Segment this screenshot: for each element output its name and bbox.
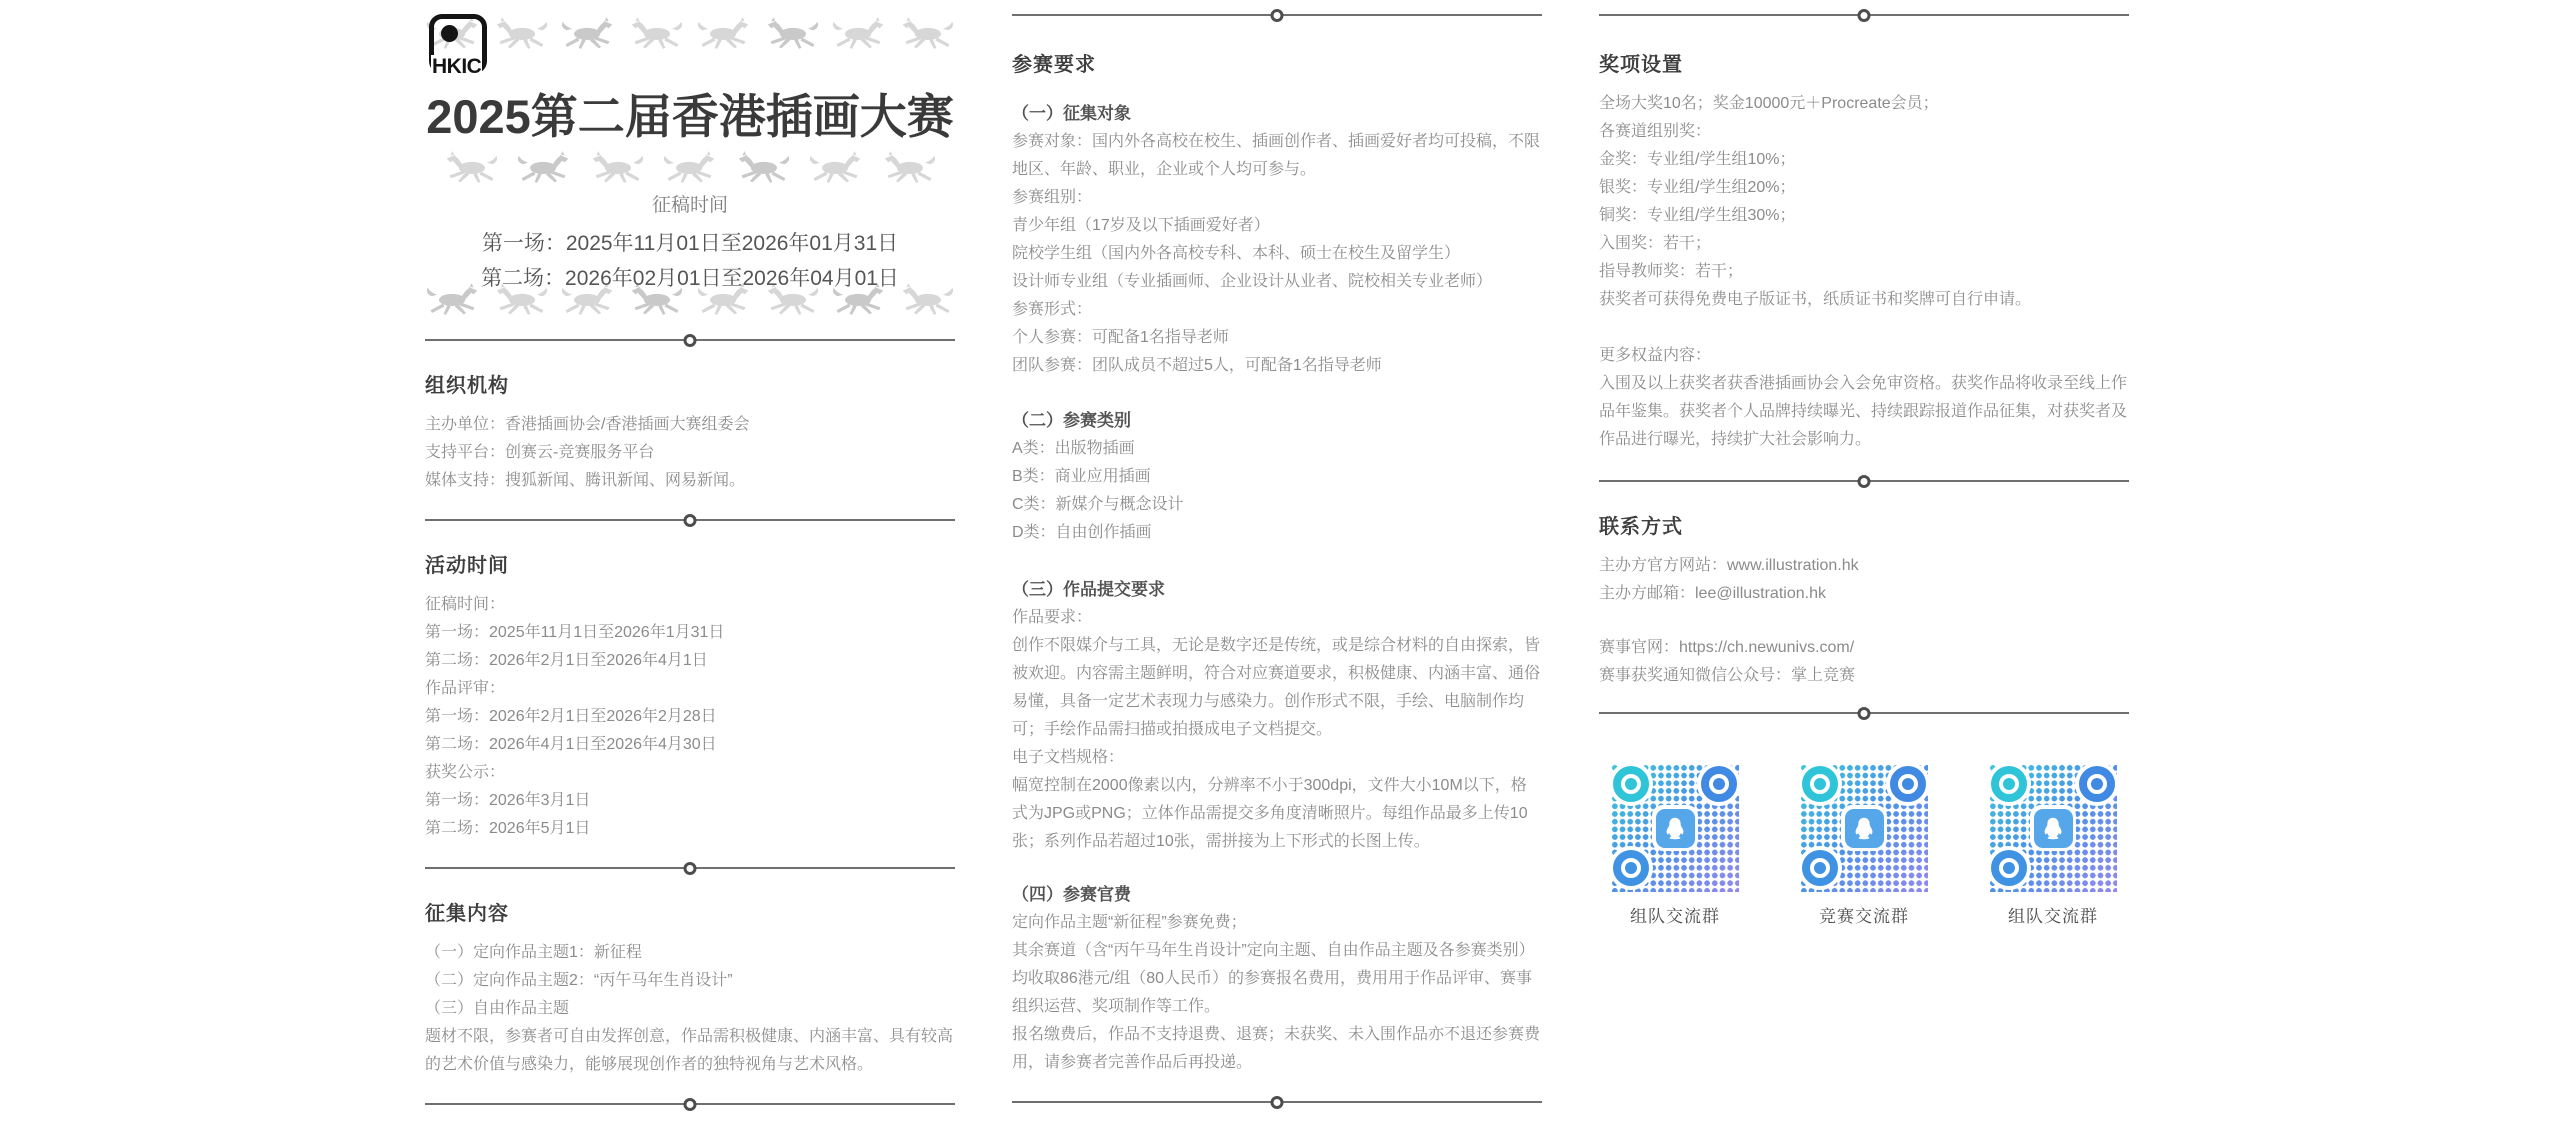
- columns: HKIC 2025第二届香港插画大赛 征稿时间 第一场：2025年11月01日至…: [425, 0, 2129, 1111]
- benefits-paragraph: 入围及以上获奖者获香港插画协会入会免审资格。获奖作品将收录至线上作品年鉴集。获奖…: [1599, 370, 2129, 454]
- qr-finder-icon: [1802, 850, 1838, 886]
- horse-icon: [696, 16, 752, 50]
- qr-finder-icon: [1613, 766, 1649, 802]
- eligibility-line: 团队参赛：团队成员不超过5人，可配备1名指导老师: [1012, 352, 1542, 380]
- eligibility-line: 参赛组别：: [1012, 184, 1542, 212]
- section-heading: 征集内容: [425, 897, 955, 926]
- qr-finder-icon: [1701, 766, 1737, 802]
- section-heading: 参赛要求: [1012, 48, 1542, 77]
- spec-label: 电子文档规格：: [1012, 744, 1542, 772]
- qr-code: 组队交流群: [1605, 762, 1745, 927]
- qr-finder-icon: [2079, 766, 2115, 802]
- submission-paragraph: 创作不限媒介与工具，无论是数字还是传统，或是综合材料的自由探索，皆被欢迎。内容需…: [1012, 632, 1542, 744]
- qr-finder-icon: [1991, 850, 2027, 886]
- horse-icon: [735, 150, 791, 184]
- submission-period-label: 征稿时间: [425, 190, 955, 217]
- section-divider: [425, 861, 955, 875]
- category-line: A类：出版物插画: [1012, 435, 1542, 463]
- schedule-line: 第二场：2026年4月1日至2026年4月30日: [425, 731, 955, 759]
- schedule-line: 征稿时间：: [425, 591, 955, 619]
- qq-penguin-icon: [2034, 809, 2073, 848]
- subsection-submission: （三）作品提交要求 作品要求： 创作不限媒介与工具，无论是数字还是传统，或是综合…: [1012, 575, 1542, 856]
- qr-finder-icon: [1890, 766, 1926, 802]
- eligibility-paragraph: 参赛对象：国内外各高校在校生、插画创作者、插画爱好者均可投稿，不限地区、年龄、职…: [1012, 128, 1542, 184]
- org-line: 媒体支持：搜狐新闻、腾讯新闻、网易新闻。: [425, 467, 955, 495]
- award-line: 铜奖：专业组/学生组30%；: [1599, 202, 2129, 230]
- round2-dates: 第二场：2026年02月01日至2026年04月01日: [425, 262, 955, 292]
- qq-logo-frame: [2030, 805, 2076, 851]
- eligibility-line: 院校学生组（国内外各高校专科、本科、硕士在校生及留学生）: [1012, 240, 1542, 268]
- category-line: B类：商业应用插画: [1012, 463, 1542, 491]
- left-column: HKIC 2025第二届香港插画大赛 征稿时间 第一场：2025年11月01日至…: [425, 0, 955, 1111]
- qr-code: 竞赛交流群: [1794, 762, 1934, 927]
- divider-dot: [1858, 475, 1871, 488]
- right-column: 奖项设置 全场大奖10名；奖金10000元＋Procreate会员； 各赛道组别…: [1599, 0, 2129, 1111]
- qr-code-row: 组队交流群 竞赛交流群: [1599, 762, 2129, 927]
- qr-label: 组队交流群: [1983, 902, 2123, 927]
- section-organization: 组织机构 主办单位：香港插画协会/香港插画大赛组委会 支持平台：创赛云-竞赛服务…: [425, 369, 955, 495]
- award-line: 金奖：专业组/学生组10%；: [1599, 146, 2129, 174]
- horse-icon: [589, 150, 645, 184]
- fees-paragraph: 其余赛道（含“丙午马年生肖设计”定向主题、自由作品主题及各参赛类别）均收取86港…: [1012, 937, 1542, 1021]
- schedule-line: 第一场：2026年2月1日至2026年2月28日: [425, 703, 955, 731]
- horse-icon: [899, 16, 955, 50]
- content-line: （一）定向作品主题1：新征程: [425, 939, 955, 967]
- qr-image: [1798, 762, 1930, 894]
- horse-icon: [662, 150, 718, 184]
- qq-logo-frame: [1841, 805, 1887, 851]
- horse-pattern-row: [425, 16, 955, 50]
- contact-event-site: 赛事官网：https://ch.newunivs.com/: [1599, 634, 2129, 662]
- middle-column: 参赛要求 （一）征集对象 参赛对象：国内外各高校在校生、插画创作者、插画爱好者均…: [1012, 0, 1542, 1111]
- poster-title: 2025第二届香港插画大赛: [425, 80, 955, 147]
- content-line: （二）定向作品主题2：“丙午马年生肖设计”: [425, 967, 955, 995]
- award-line: 获奖者可获得免费电子版证书，纸质证书和奖牌可自行申请。: [1599, 286, 2129, 314]
- qr-label: 组队交流群: [1605, 902, 1745, 927]
- eligibility-line: 青少年组（17岁及以下插画爱好者）: [1012, 212, 1542, 240]
- eligibility-line: 参赛形式：: [1012, 296, 1542, 324]
- spec-paragraph: 幅宽控制在2000像素以内，分辨率不小于300dpi，文件大小10M以下，格式为…: [1012, 772, 1542, 856]
- fees-line: 定向作品主题“新征程”参赛免费；: [1012, 909, 1542, 937]
- section-divider: [1012, 8, 1542, 22]
- section-divider: [1599, 8, 2129, 22]
- qr-code: 组队交流群: [1983, 762, 2123, 927]
- award-line: 各赛道组别奖：: [1599, 118, 2129, 146]
- section-divider: [425, 333, 955, 347]
- qq-logo-frame: [1652, 805, 1698, 851]
- contact-website: 主办方官方网站：www.illustration.hk: [1599, 552, 2129, 580]
- content-line: （三）自由作品主题: [425, 995, 955, 1023]
- divider-dot: [1858, 707, 1871, 720]
- award-line: 指导教师奖：若干；: [1599, 258, 2129, 286]
- horse-pattern-row: [425, 150, 955, 184]
- logo-dot-icon: [441, 25, 458, 42]
- schedule-line: 第二场：2026年2月1日至2026年4月1日: [425, 647, 955, 675]
- qr-image: [1987, 762, 2119, 894]
- horse-icon: [516, 150, 572, 184]
- section-contact: 联系方式 主办方官方网站：www.illustration.hk 主办方邮箱：l…: [1599, 510, 2129, 690]
- poster-header: HKIC 2025第二届香港插画大赛 征稿时间 第一场：2025年11月01日至…: [425, 0, 955, 333]
- content-paragraph: 题材不限，参赛者可自由发挥创意，作品需积极健康、内涵丰富、具有较高的艺术价值与感…: [425, 1023, 955, 1079]
- horse-icon: [881, 150, 937, 184]
- round1-dates: 第一场：2025年11月01日至2026年01月31日: [425, 227, 955, 257]
- divider-dot: [1858, 9, 1871, 22]
- section-schedule: 活动时间 征稿时间： 第一场：2025年11月1日至2026年1月31日 第二场…: [425, 549, 955, 843]
- logo-text: HKIC: [431, 55, 482, 78]
- subsection-heading: （三）作品提交要求: [1012, 575, 1542, 600]
- section-divider: [1599, 474, 2129, 488]
- contact-wechat: 赛事获奖通知微信公众号：掌上竞赛: [1599, 662, 2129, 690]
- qr-finder-icon: [1991, 766, 2027, 802]
- org-line: 主办单位：香港插画协会/香港插画大赛组委会: [425, 411, 955, 439]
- divider-dot: [684, 1098, 697, 1111]
- qr-finder-icon: [1613, 850, 1649, 886]
- section-heading: 奖项设置: [1599, 48, 2129, 77]
- subsection-heading: （一）征集对象: [1012, 99, 1542, 124]
- org-line: 支持平台：创赛云-竞赛服务平台: [425, 439, 955, 467]
- divider-dot: [684, 862, 697, 875]
- qr-finder-icon: [1802, 766, 1838, 802]
- schedule-line: 作品评审：: [425, 675, 955, 703]
- horse-icon: [808, 150, 864, 184]
- horse-icon: [764, 16, 820, 50]
- section-awards: 奖项设置 全场大奖10名；奖金10000元＋Procreate会员； 各赛道组别…: [1599, 48, 2129, 454]
- qq-penguin-icon: [1656, 809, 1695, 848]
- horse-icon: [560, 16, 616, 50]
- section-divider: [425, 513, 955, 527]
- award-line: 入围奖：若干；: [1599, 230, 2129, 258]
- subsection-categories: （二）参赛类别 A类：出版物插画 B类：商业应用插画 C类：新媒介与概念设计 D…: [1012, 406, 1542, 547]
- horse-icon: [831, 16, 887, 50]
- section-collection-content: 征集内容 （一）定向作品主题1：新征程 （二）定向作品主题2：“丙午马年生肖设计…: [425, 897, 955, 1079]
- section-divider: [1599, 706, 2129, 720]
- hkic-logo: HKIC: [429, 14, 487, 74]
- horse-icon: [493, 16, 549, 50]
- contact-email: 主办方邮箱：lee@illustration.hk: [1599, 580, 2129, 608]
- horse-icon: [443, 150, 499, 184]
- divider-dot: [684, 334, 697, 347]
- section-heading: 活动时间: [425, 549, 955, 578]
- divider-dot: [684, 514, 697, 527]
- award-line: 银奖：专业组/学生组20%；: [1599, 174, 2129, 202]
- category-line: C类：新媒介与概念设计: [1012, 491, 1542, 519]
- subsection-heading: （二）参赛类别: [1012, 406, 1542, 431]
- category-line: D类：自由创作插画: [1012, 519, 1542, 547]
- award-line: 全场大奖10名；奖金10000元＋Procreate会员；: [1599, 90, 2129, 118]
- divider-dot: [1271, 1096, 1284, 1109]
- section-divider: [425, 1097, 955, 1111]
- divider-dot: [1271, 9, 1284, 22]
- eligibility-line: 个人参赛：可配备1名指导老师: [1012, 324, 1542, 352]
- schedule-line: 第二场：2026年5月1日: [425, 815, 955, 843]
- poster: HKIC 2025第二届香港插画大赛 征稿时间 第一场：2025年11月01日至…: [0, 0, 2560, 1137]
- eligibility-line: 设计师专业组（专业插画师、企业设计从业者、院校相关专业老师）: [1012, 268, 1542, 296]
- section-divider: [1012, 1095, 1542, 1109]
- schedule-line: 第一场：2026年3月1日: [425, 787, 955, 815]
- qq-penguin-icon: [1845, 809, 1884, 848]
- submission-label: 作品要求：: [1012, 604, 1542, 632]
- schedule-line: 获奖公示：: [425, 759, 955, 787]
- qr-label: 竞赛交流群: [1794, 902, 1934, 927]
- subsection-heading: （四）参赛官费: [1012, 880, 1542, 905]
- subsection-fees: （四）参赛官费 定向作品主题“新征程”参赛免费； 其余赛道（含“丙午马年生肖设计…: [1012, 880, 1542, 1077]
- qr-image: [1609, 762, 1741, 894]
- subsection-eligibility: （一）征集对象 参赛对象：国内外各高校在校生、插画创作者、插画爱好者均可投稿，不…: [1012, 99, 1542, 380]
- section-heading: 组织机构: [425, 369, 955, 398]
- schedule-line: 第一场：2025年11月1日至2026年1月31日: [425, 619, 955, 647]
- section-heading: 联系方式: [1599, 510, 2129, 539]
- fees-paragraph: 报名缴费后，作品不支持退费、退赛；未获奖、未入围作品亦不退还参赛费用，请参赛者完…: [1012, 1021, 1542, 1077]
- benefits-label: 更多权益内容：: [1599, 342, 2129, 370]
- horse-icon: [628, 16, 684, 50]
